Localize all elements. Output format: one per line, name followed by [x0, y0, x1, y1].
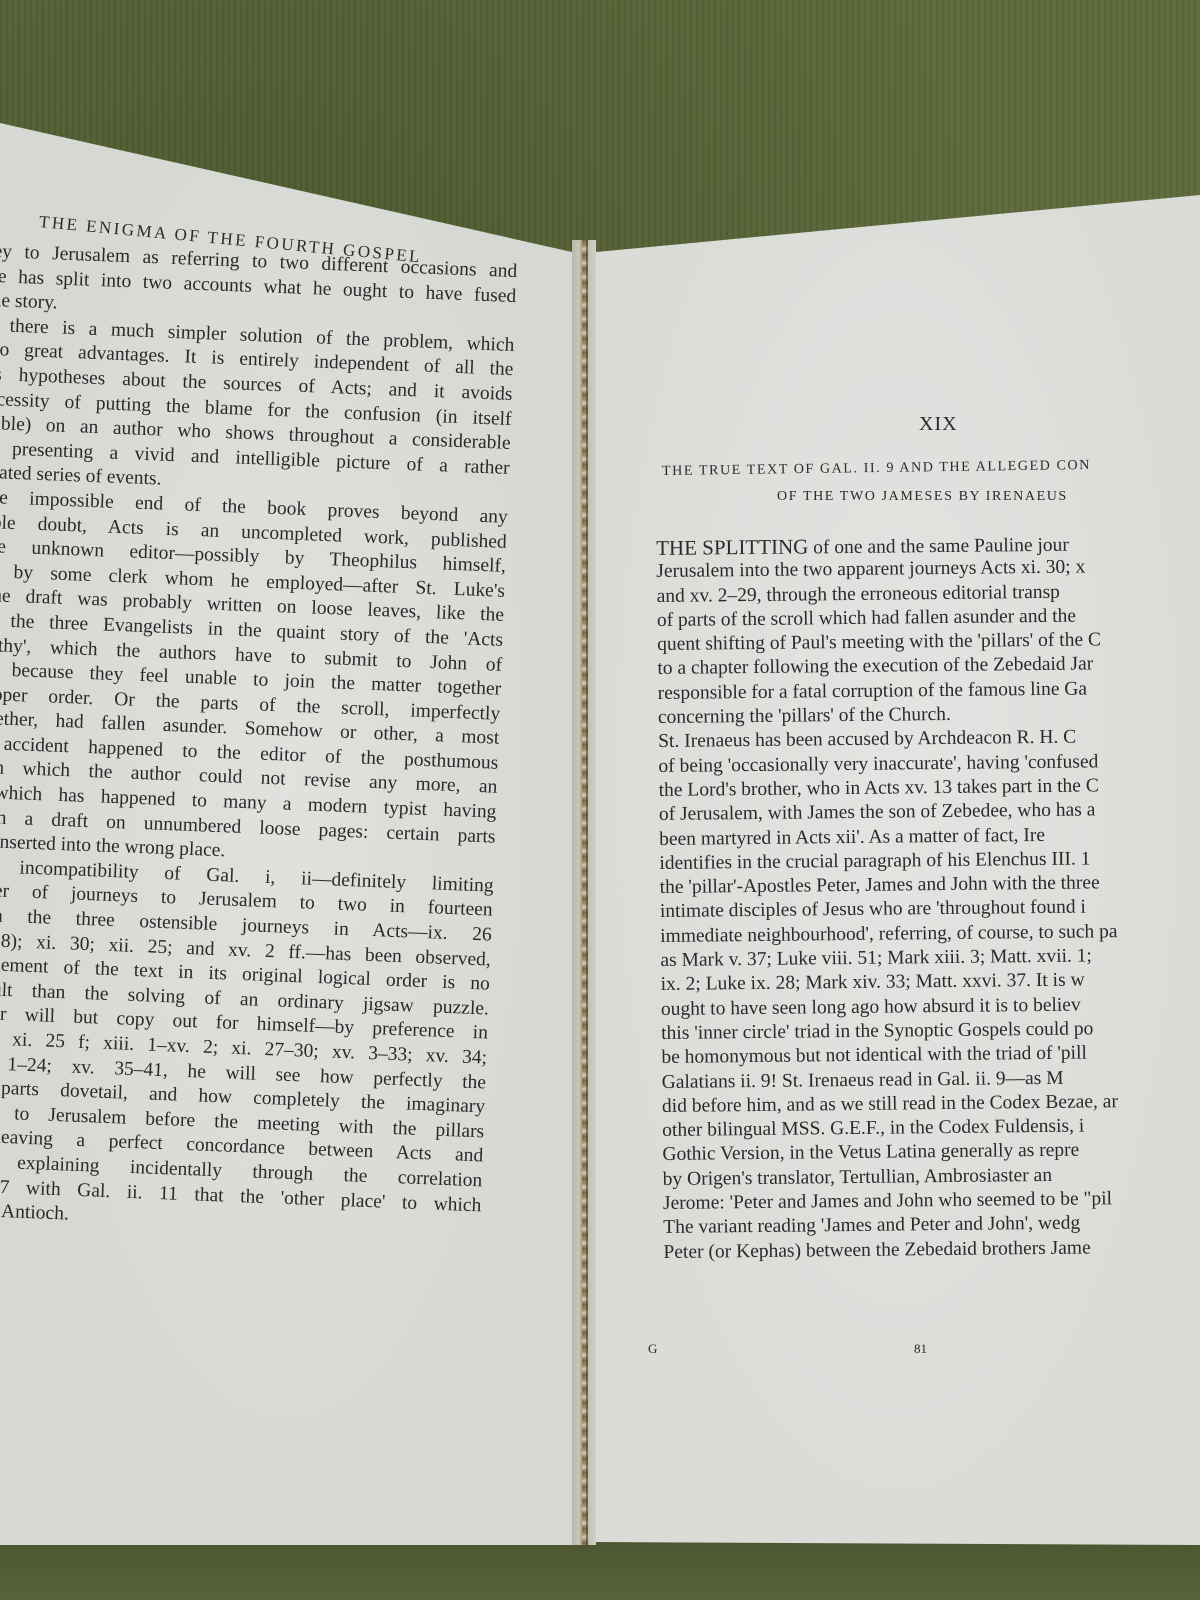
left-page-body: ey to Jerusalem as referring to two diff…: [0, 240, 518, 1243]
chapter-title-line-2: OF THE TWO JAMESES BY IRENAEUS: [777, 489, 1068, 505]
signature-mark: G: [648, 1341, 657, 1357]
page-number: 81: [914, 1341, 927, 1357]
opening-caps: THE SPLITTING: [656, 534, 808, 560]
gutter-shadow: [586, 240, 588, 1545]
chapter-number: XIX: [919, 413, 958, 436]
right-page-body: THE SPLITTING of one and the same Paulin…: [656, 530, 1200, 1265]
cloth-surface: [0, 1540, 1200, 1600]
left-page: THE ENIGMA OF THE FOURTH GOSPEL ey to Je…: [0, 0, 572, 1545]
opening-rest: of one and the same Pauline jour: [808, 535, 1069, 559]
